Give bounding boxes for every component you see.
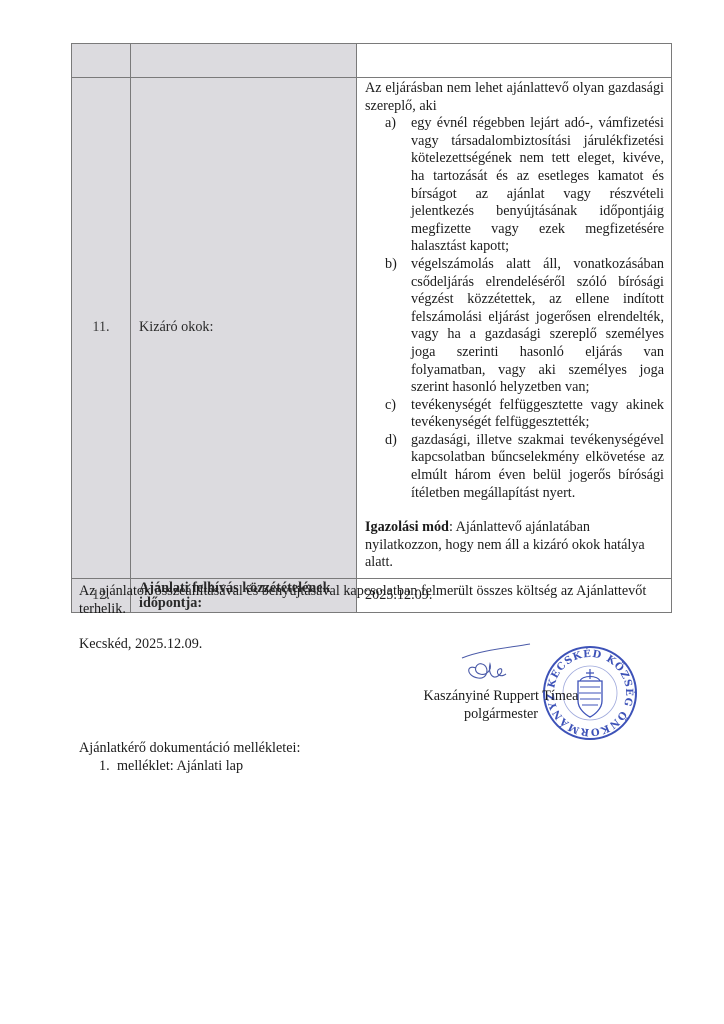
list-marker: a) — [385, 115, 396, 133]
reason-text: végelszámolás alatt áll, vonatkozásában … — [411, 256, 664, 395]
attachment-number: 1. — [99, 758, 110, 776]
proof-method: Igazolási mód: Ajánlattevő ajánlatában n… — [365, 519, 664, 572]
list-marker: d) — [385, 432, 397, 450]
row-content-cell — [357, 44, 672, 78]
row-label-cell: Kizáró okok: — [131, 78, 357, 579]
exclusion-intro: Az eljárásban nem lehet ajánlattevő olya… — [365, 80, 664, 115]
place-date: Kecskéd, 2025.12.09. — [79, 636, 202, 653]
attachments-list: 1.melléklet: Ajánlati lap — [79, 758, 300, 776]
reason-text: tevékenységét felfüggesztette vagy akine… — [411, 397, 664, 431]
exclusion-reason: c)tevékenységét felfüggesztette vagy aki… — [389, 397, 664, 432]
table-row-continued — [72, 44, 672, 78]
exclusion-reason: b)végelszámolás alatt áll, vonatkozásába… — [389, 256, 664, 397]
tender-table: 11. Kizáró okok: Az eljárásban nem lehet… — [71, 43, 672, 613]
exclusion-grounds-cell: Az eljárásban nem lehet ajánlattevő olya… — [357, 78, 672, 579]
signer-block: Kaszányiné Ruppert Tímea polgármester — [421, 688, 581, 723]
row-number-cell — [72, 44, 131, 78]
reason-text: gazdasági, illetve szakmai tevékenységév… — [411, 432, 664, 501]
row-label-cell — [131, 44, 357, 78]
list-marker: c) — [385, 397, 396, 415]
reason-text: egy évnél régebben lejárt adó-, vámfizet… — [411, 115, 664, 254]
attachment-item: 1.melléklet: Ajánlati lap — [99, 758, 300, 776]
signature-icon — [452, 642, 532, 688]
exclusion-reason: a)egy évnél régebben lejárt adó-, vámfiz… — [389, 115, 664, 256]
attachments-section: Ajánlatkérő dokumentáció mellékletei: 1.… — [79, 740, 300, 775]
row-number-cell: 11. — [72, 78, 131, 579]
signer-name: Kaszányiné Ruppert Tímea — [421, 688, 581, 706]
exclusion-reasons-list: a)egy évnél régebben lejárt adó-, vámfiz… — [365, 115, 664, 502]
attachments-heading: Ajánlatkérő dokumentáció mellékletei: — [79, 740, 300, 758]
exclusion-grounds-content: Az eljárásban nem lehet ajánlattevő olya… — [365, 78, 664, 578]
table-row-11: 11. Kizáró okok: Az eljárásban nem lehet… — [72, 78, 672, 579]
proof-label: Igazolási mód — [365, 519, 449, 535]
signer-title: polgármester — [421, 706, 581, 724]
attachment-text: melléklet: Ajánlati lap — [117, 758, 243, 774]
exclusion-reason: d)gazdasági, illetve szakmai tevékenység… — [389, 432, 664, 502]
list-marker: b) — [385, 256, 397, 274]
cost-statement: Az ajánlatok összeállításával és benyújt… — [79, 583, 669, 619]
